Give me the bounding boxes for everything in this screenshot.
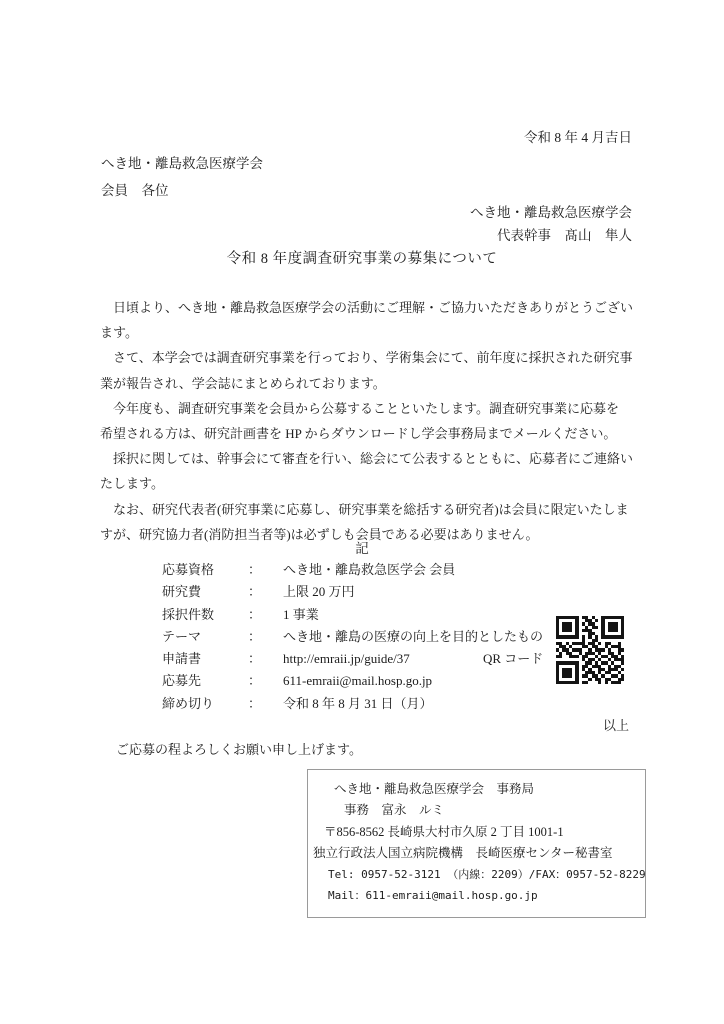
- conditions-list: 応募資格 ： へき地・離島救急医学会 会員 研究費 ： 上限 20 万円 採択件…: [162, 559, 543, 715]
- office-postal-address: 〒856-8562 長崎県大村市久原 2 丁目 1001-1: [308, 822, 645, 843]
- list-label: テーマ: [162, 626, 248, 648]
- list-value: へき地・離島救急医学会 会員: [283, 559, 455, 581]
- list-row-deadline: 締め切り ： 令和 8 年 8 月 31 日（月）: [162, 693, 543, 715]
- list-value: へき地・離島の医療の向上を目的としたもの: [283, 626, 543, 648]
- sender-representative: 代表幹事 髙山 隼人: [470, 224, 632, 247]
- list-colon: ：: [248, 626, 283, 648]
- body-line: なお、研究代表者(研究事業に応募し、研究事業を総括する研究者)は会員に限定いたし…: [100, 497, 632, 522]
- list-row-qualification: 応募資格 ： へき地・離島救急医学会 会員: [162, 559, 543, 581]
- list-colon: ：: [248, 693, 283, 715]
- list-colon: ：: [248, 559, 283, 581]
- list-label: 採択件数: [162, 604, 248, 626]
- list-colon: ：: [248, 670, 283, 692]
- list-colon: ：: [248, 604, 283, 626]
- list-label: 応募資格: [162, 559, 248, 581]
- deadline-value: 令和 8 年 8 月 31 日（月）: [283, 693, 433, 715]
- body-line: 今年度も、調査研究事業を会員から公募することといたします。調査研究事業に応募を: [100, 396, 632, 421]
- list-row-adoption-count: 採択件数 ： 1 事業: [162, 604, 543, 626]
- body-line: 採択に関しては、幹事会にて審査を行い、総会にて公表するとともに、応募者にご連絡い: [100, 446, 632, 471]
- list-colon: ：: [248, 648, 283, 670]
- qr-code-label: QR コード: [483, 648, 543, 670]
- application-form-url: http://emraii.jp/guide/37: [283, 648, 483, 670]
- body-line: 業が報告され、学会誌にまとめられております。: [100, 371, 632, 396]
- body-paragraphs: 日頃より、へき地・離島救急医療学会の活動にご理解・ご協力いただきありがとうござい…: [100, 295, 632, 547]
- sender-block: へき地・離島救急医療学会 代表幹事 髙山 隼人: [470, 201, 632, 247]
- list-label: 研究費: [162, 581, 248, 603]
- body-line: ます。: [100, 320, 632, 345]
- list-label: 締め切り: [162, 693, 248, 715]
- body-line: 日頃より、へき地・離島救急医療学会の活動にご理解・ご協力いただきありがとうござい: [100, 295, 632, 320]
- office-contact-box: へき地・離島救急医療学会 事務局 事務 富永 ルミ 〒856-8562 長崎県大…: [307, 769, 646, 918]
- list-colon: ：: [248, 581, 283, 603]
- list-value: 1 事業: [283, 604, 319, 626]
- submission-email: 611-emraii@mail.hosp.go.jp: [283, 670, 432, 692]
- document-title: 令和 8 年度調査研究事業の募集について: [0, 247, 724, 268]
- body-line: たします。: [100, 471, 632, 496]
- body-line: 希望される方は、研究計画書を HP からダウンロードし学会事務局までメールくださ…: [100, 421, 632, 446]
- recipient-block: へき地・離島救急医療学会 会員 各位: [101, 150, 263, 204]
- list-row-application-form: 申請書 ： http://emraii.jp/guide/37 QR コード: [162, 648, 543, 670]
- list-row-theme: テーマ ： へき地・離島の医療の向上を目的としたもの: [162, 626, 543, 648]
- office-organization: 独立行政法人国立病院機構 長崎医療センター秘書室: [308, 843, 645, 864]
- list-row-budget: 研究費 ： 上限 20 万円: [162, 581, 543, 603]
- closing-line: ご応募の程よろしくお願い申し上げます。: [116, 739, 362, 758]
- date-line: 令和 8 年 4 月吉日: [524, 126, 632, 146]
- list-value: 上限 20 万円: [283, 581, 355, 603]
- recipient-org: へき地・離島救急医療学会: [101, 150, 263, 177]
- ki-marker: 記: [0, 537, 724, 557]
- list-label: 応募先: [162, 670, 248, 692]
- list-row-submission-email: 応募先 ： 611-emraii@mail.hosp.go.jp: [162, 670, 543, 692]
- ijou-marker: 以上: [603, 715, 629, 734]
- office-name: へき地・離島救急医療学会 事務局: [308, 779, 645, 800]
- body-line: さて、本学会では調査研究事業を行っており、学術集会にて、前年度に採択された研究事: [100, 345, 632, 370]
- sender-org: へき地・離島救急医療学会: [470, 201, 632, 224]
- qr-code-image: [556, 616, 624, 684]
- recipient-addressee: 会員 各位: [101, 177, 263, 204]
- list-label: 申請書: [162, 648, 248, 670]
- office-tel-fax: Tel: 0957-52-3121 （内線：2209）/FAX：0957-52-…: [308, 864, 645, 885]
- office-clerk: 事務 富永 ルミ: [308, 800, 645, 821]
- office-mail: Mail：611-emraii@mail.hosp.go.jp: [308, 885, 645, 906]
